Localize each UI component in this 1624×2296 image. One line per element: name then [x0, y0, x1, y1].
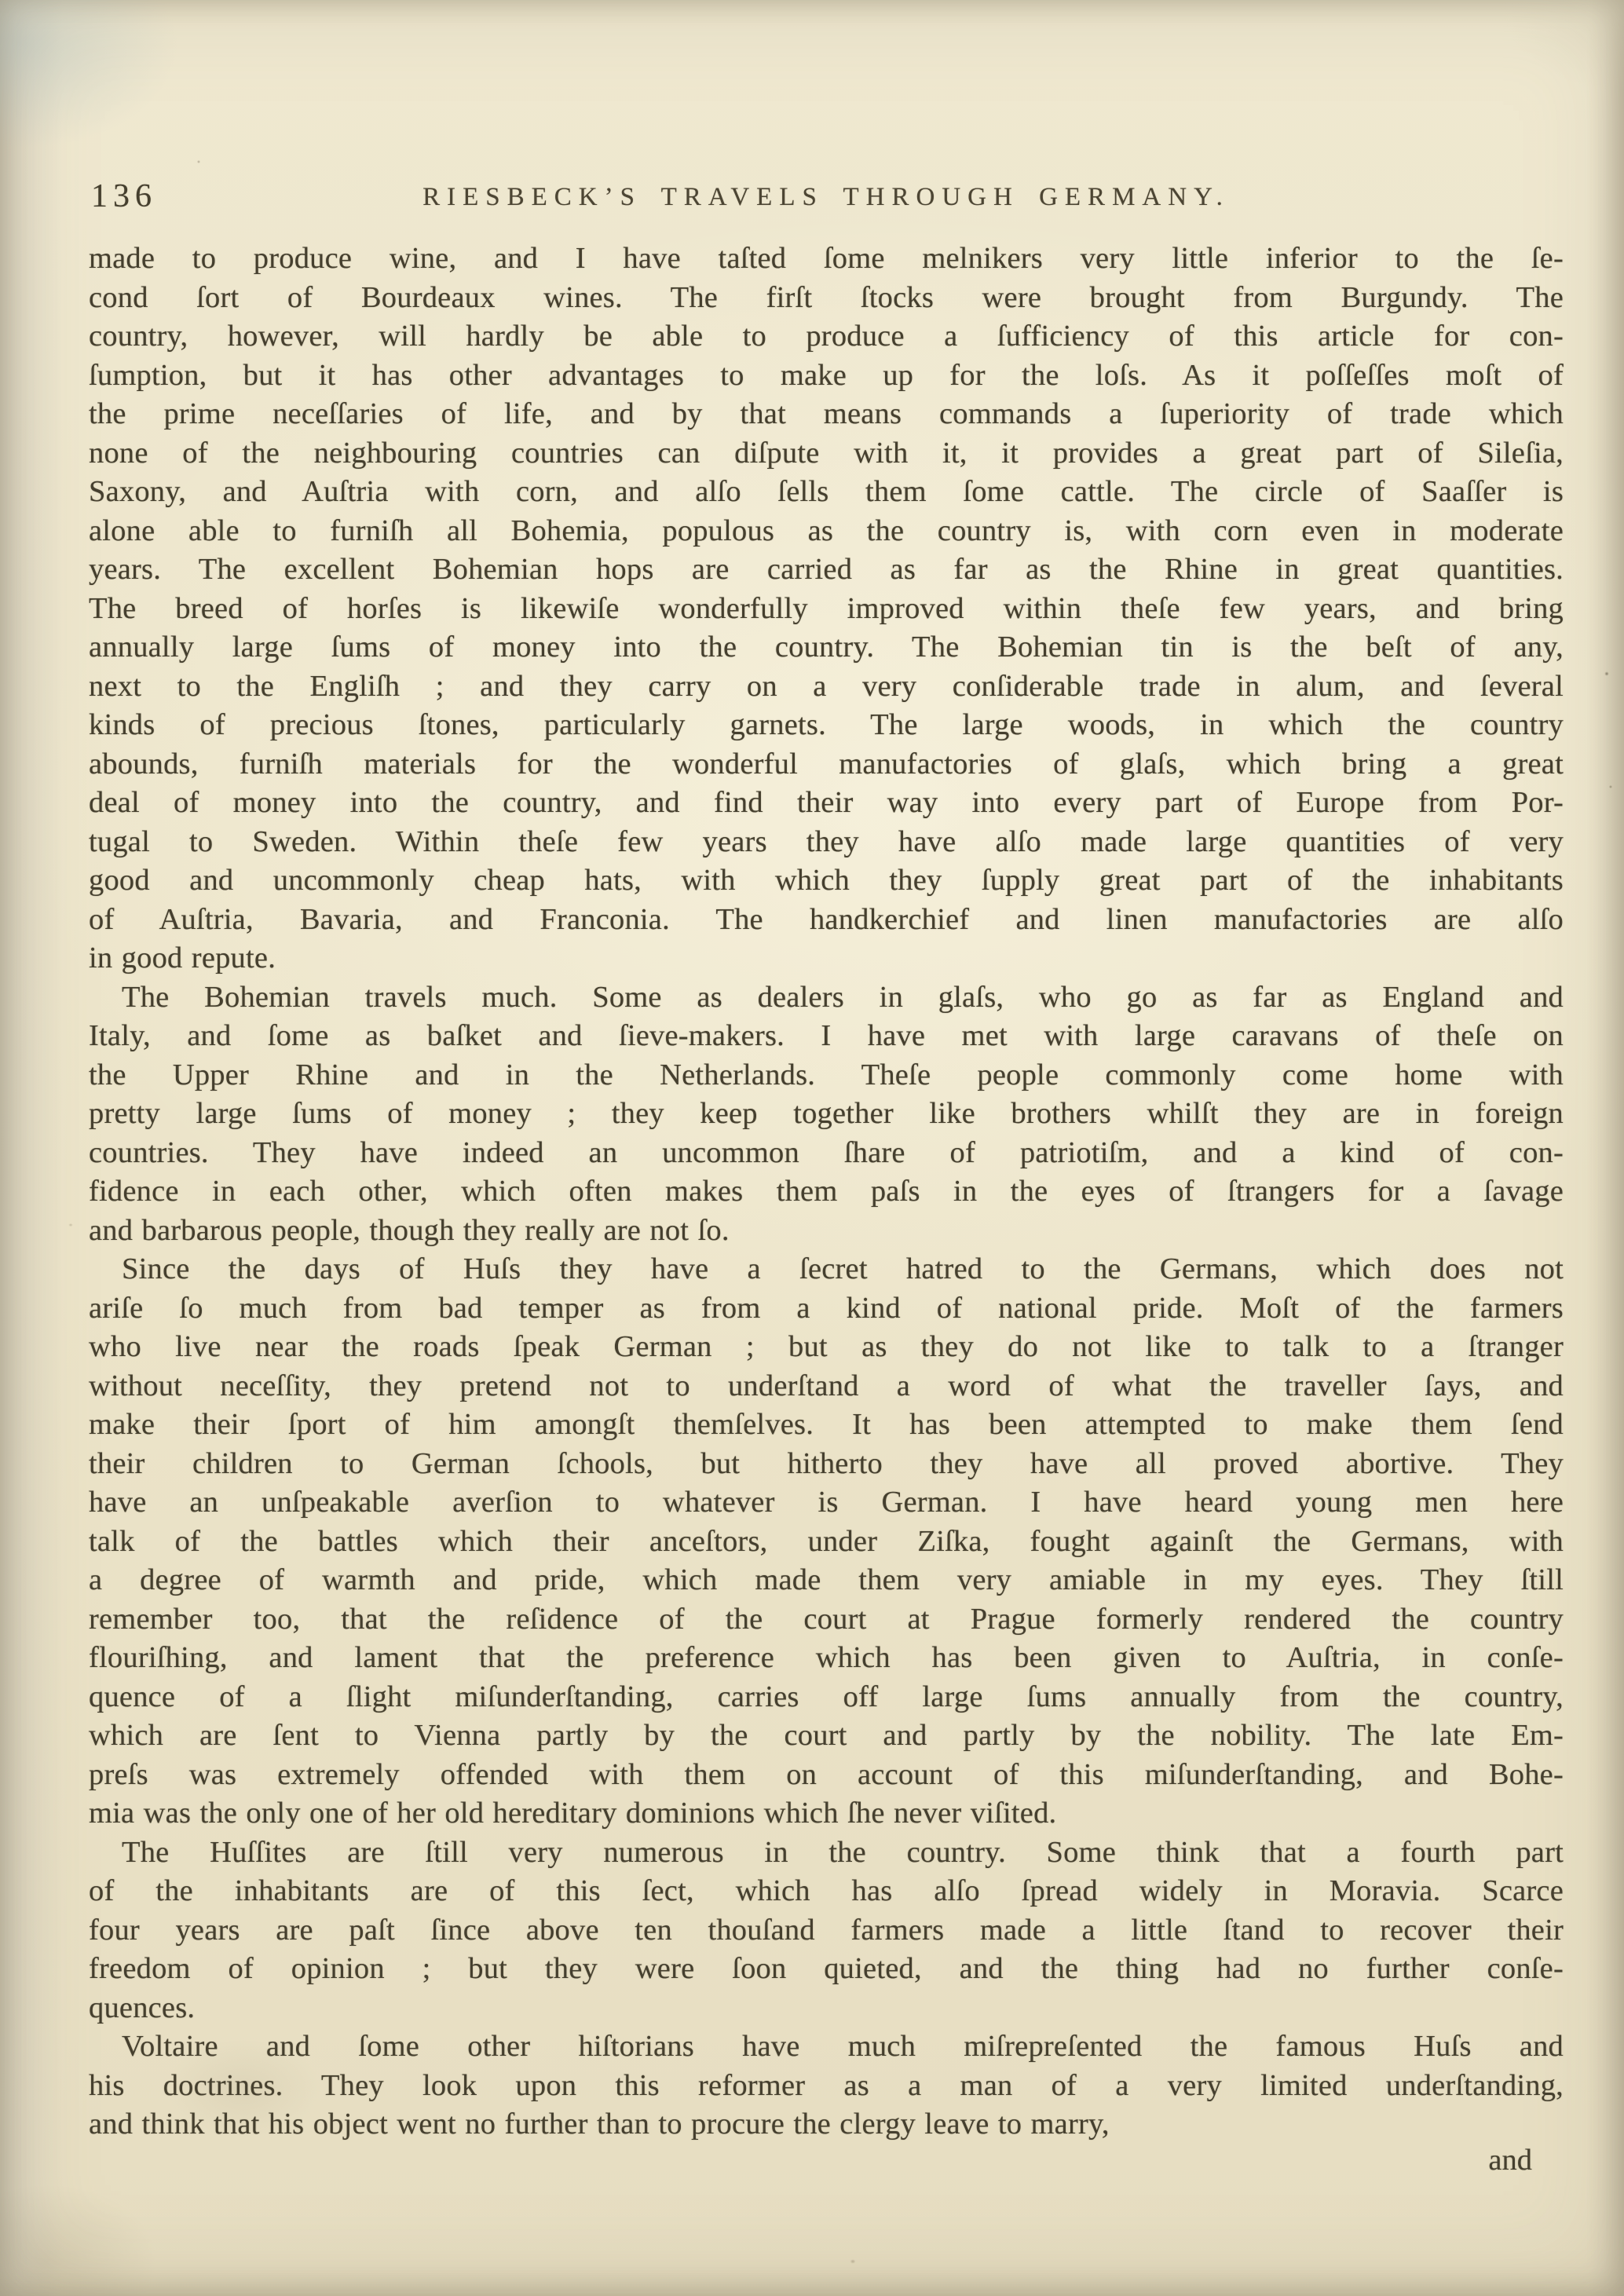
text-line: quences.: [89, 1989, 1564, 2028]
text-line: kinds of precious ſtones, particularly g…: [89, 706, 1564, 745]
running-title: RIESBECK’S TRAVELS THROUGH GERMANY.: [89, 183, 1564, 212]
text-line: of the inhabitants are of this ſect, whi…: [89, 1872, 1564, 1911]
text-line: which are ſent to Vienna partly by the c…: [89, 1717, 1564, 1756]
text-line: preſs was extremely offended with them o…: [89, 1756, 1564, 1795]
text-line: Italy, and ſome as baſket and ſieve-make…: [89, 1017, 1564, 1056]
text-line: in good repute.: [89, 939, 1564, 978]
text-line: who live near the roads ſpeak German ; b…: [89, 1328, 1564, 1367]
text-line: abounds, furniſh materials for the wonde…: [89, 745, 1564, 784]
text-line: tugal to Sweden. Within theſe few years …: [89, 823, 1564, 862]
text-line: Voltaire and ſome other hiſtorians have …: [89, 2027, 1564, 2067]
text-line: Since the days of Huſs they have a ſecre…: [89, 1250, 1564, 1289]
text-line: cond ſort of Bourdeaux wines. The firſt …: [89, 279, 1564, 318]
text-line: The Huſſites are ſtill very numerous in …: [89, 1834, 1564, 1873]
text-line: next to the Engliſh ; and they carry on …: [89, 667, 1564, 707]
text-line: fidence in each other, which often makes…: [89, 1172, 1564, 1212]
text-line: remember too, that the reſidence of the …: [89, 1600, 1564, 1640]
book-page: 136 RIESBECK’S TRAVELS THROUGH GERMANY. …: [0, 0, 1624, 2296]
text-line: quence of a ſlight miſunderſtanding, car…: [89, 1678, 1564, 1717]
text-line: annually large ſums of money into the co…: [89, 628, 1564, 667]
text-line: of Auſtria, Bavaria, and Franconia. The …: [89, 901, 1564, 940]
text-line: his doctrines. They look upon this refor…: [89, 2067, 1564, 2106]
text-line: a degree of warmth and pride, which made…: [89, 1561, 1564, 1600]
text-line: none of the neighbouring countries can d…: [89, 434, 1564, 473]
text-line: and think that his object went no furthe…: [89, 2105, 1564, 2144]
text-line: make their ſport of him amongſt themſelv…: [89, 1406, 1564, 1445]
text-line: four years are paſt ſince above ten thou…: [89, 1911, 1564, 1951]
text-line: years. The excellent Bohemian hops are c…: [89, 550, 1564, 590]
text-line: The Bohemian travels much. Some as deale…: [89, 978, 1564, 1018]
text-line: alone able to furniſh all Bohemia, popul…: [89, 512, 1564, 551]
text-line: The breed of horſes is likewiſe wonderfu…: [89, 590, 1564, 629]
text-line: ſumption, but it has other advantages to…: [89, 356, 1564, 396]
text-line: without neceſſity, they pretend not to u…: [89, 1367, 1564, 1406]
text-line: their children to German ſchools, but hi…: [89, 1445, 1564, 1484]
text-line: countries. They have indeed an uncommon …: [89, 1134, 1564, 1173]
text-line: made to produce wine, and I have taſted …: [89, 239, 1564, 279]
text-line: and barbarous people, though they really…: [89, 1212, 1564, 1251]
text-line: freedom of opinion ; but they were ſoon …: [89, 1950, 1564, 1989]
text-line: the prime neceſſaries of life, and by th…: [89, 395, 1564, 434]
text-line: Saxony, and Auſtria with corn, and alſo …: [89, 473, 1564, 512]
catchword: and: [89, 2141, 1532, 2181]
text-line: the Upper Rhine and in the Netherlands. …: [89, 1056, 1564, 1095]
text-line: good and uncommonly cheap hats, with whi…: [89, 861, 1564, 901]
text-line: country, however, will hardly be able to…: [89, 317, 1564, 356]
text-line: mia was the only one of her old heredita…: [89, 1794, 1564, 1834]
text-line: ariſe ſo much from bad temper as from a …: [89, 1289, 1564, 1329]
page-body: made to produce wine, and I have taſted …: [89, 239, 1564, 2144]
text-line: pretty large ſums of money ; they keep t…: [89, 1095, 1564, 1134]
text-line: flouriſhing, and lament that the prefere…: [89, 1639, 1564, 1678]
text-line: have an unſpeakable averſion to whatever…: [89, 1483, 1564, 1523]
text-line: talk of the battles which their anceſtor…: [89, 1523, 1564, 1562]
text-line: deal of money into the country, and find…: [89, 784, 1564, 823]
